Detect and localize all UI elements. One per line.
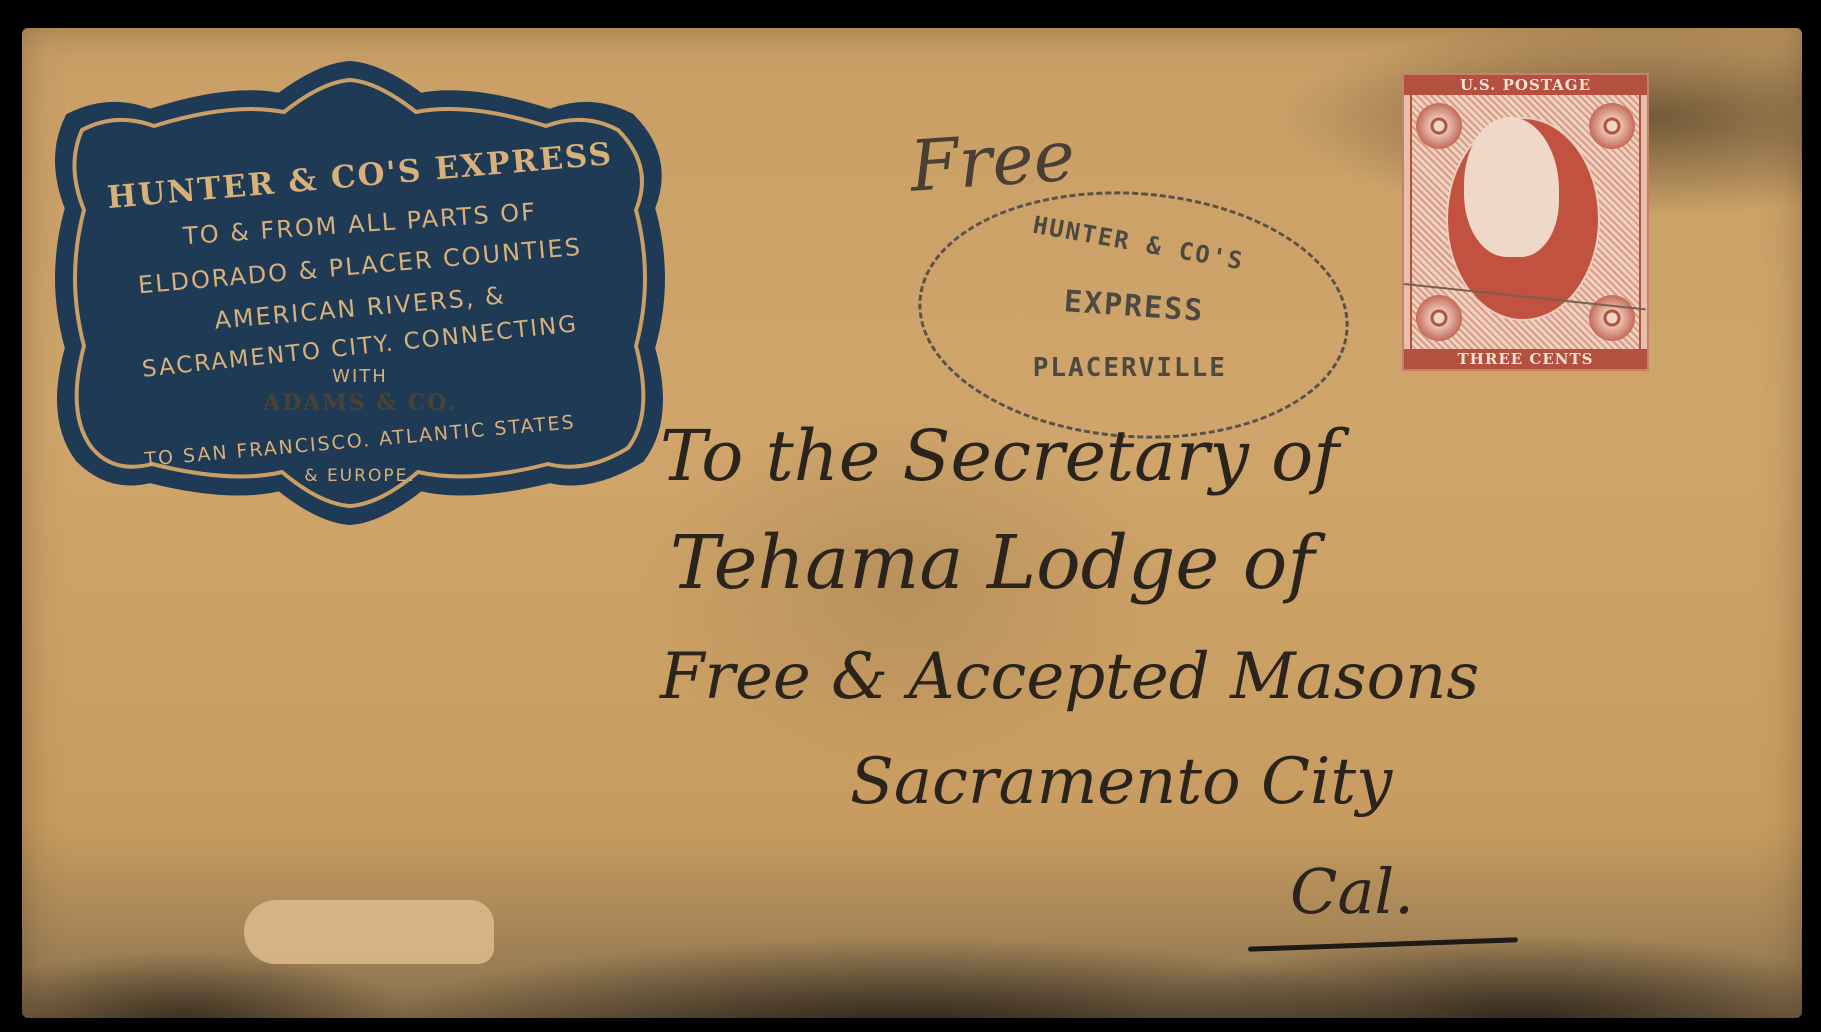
rosette-icon [1589, 103, 1635, 149]
rosette-icon [1416, 103, 1462, 149]
address-line: Free & Accepted Masons [660, 640, 1479, 714]
address-line: Tehama Lodge of [670, 520, 1315, 606]
card-line: WITH [30, 366, 690, 387]
paper-repair-patch [244, 900, 494, 964]
handstamp-line: EXPRESS [921, 274, 1347, 339]
corner-card-hunter-express: HUNTER & CO'S EXPRESS TO & FROM ALL PART… [30, 58, 690, 528]
stamp-top-label: U.S. POSTAGE [1404, 75, 1647, 95]
address-line: Cal. [1290, 855, 1414, 928]
washington-portrait-icon [1464, 117, 1559, 257]
rosette-icon [1416, 295, 1462, 341]
stamp-bottom-label: THREE CENTS [1404, 349, 1647, 369]
postage-stamp: U.S. POSTAGE THREE CENTS [1402, 73, 1649, 371]
address-line: To the Secretary of [660, 415, 1339, 497]
handstamp-line: PLACERVILLE [917, 353, 1342, 383]
card-line: & EUROPE. [30, 466, 690, 486]
address-line: Sacramento City [850, 745, 1392, 819]
rosette-icon [1589, 295, 1635, 341]
